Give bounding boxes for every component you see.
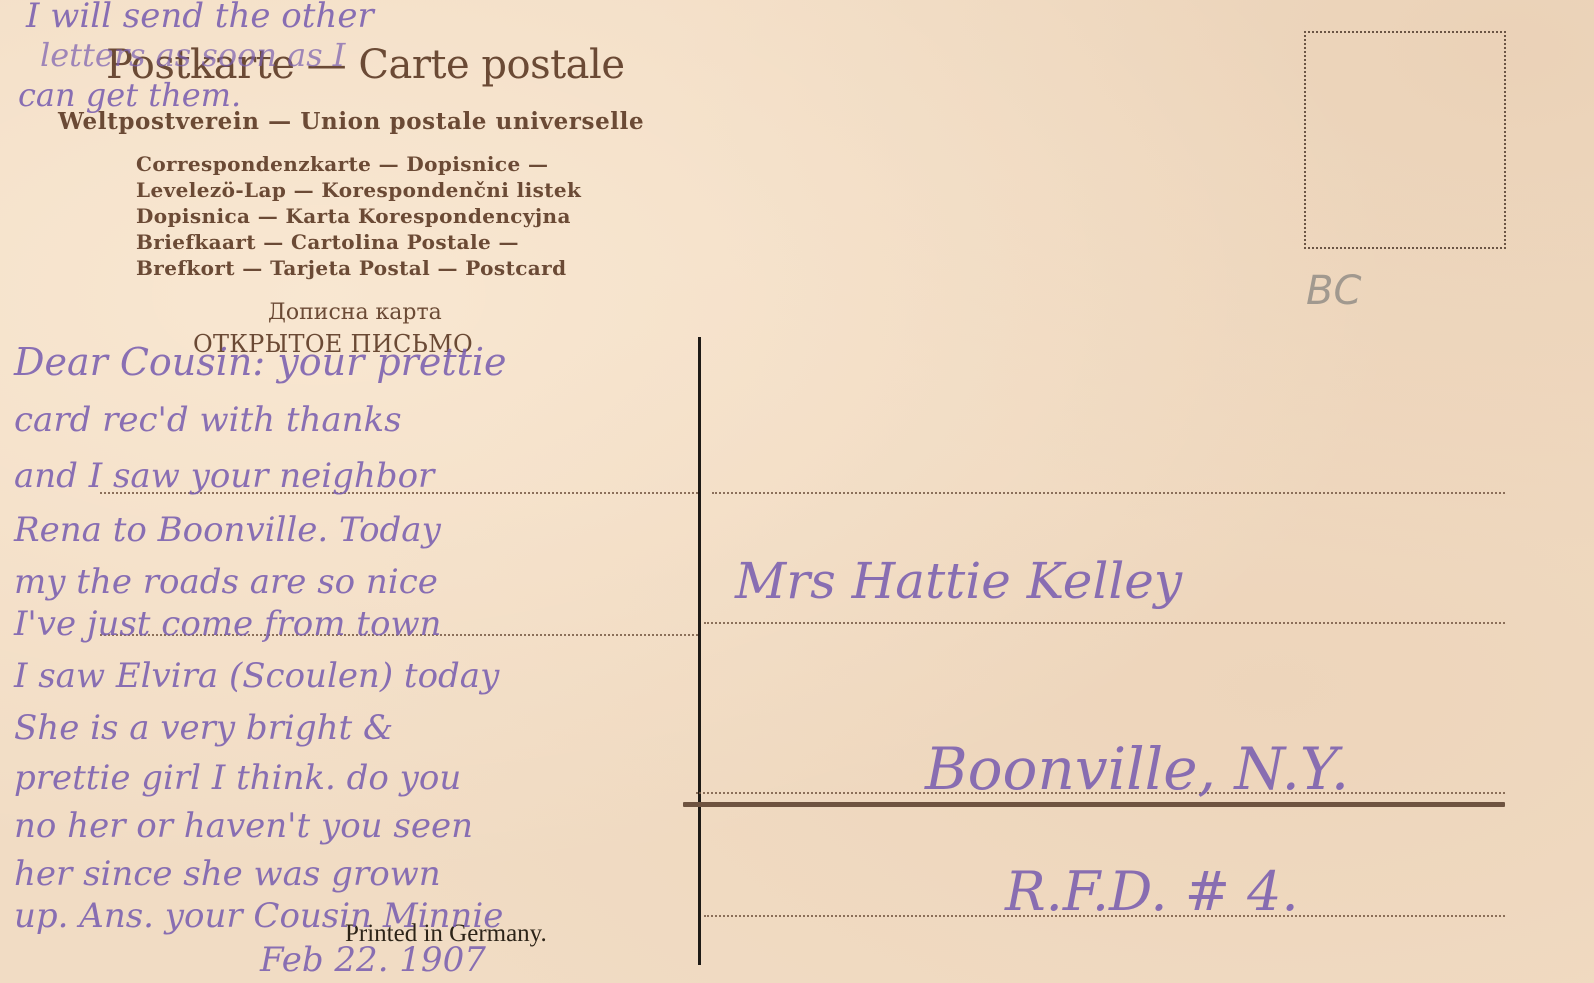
handwritten-note-line: letters as soon as I (40, 36, 345, 74)
language-line: Levelezö-Lap — Korespondenčni listek (136, 177, 581, 203)
recipient-city: Boonville, N.Y. (925, 735, 1349, 803)
dotted-rule-address (712, 492, 1505, 494)
message-date: Feb 22. 1907 (260, 940, 486, 980)
handwritten-note-line: can get them. (18, 76, 241, 114)
message-line: her since she was grown (14, 854, 441, 894)
recipient-name: Mrs Hattie Kelley (735, 552, 1182, 610)
cyrillic-line-1: Дописна карта (268, 300, 442, 325)
message-line: Dear Cousin: your prettie (14, 340, 507, 384)
message-line: prettie girl I think. do you (14, 758, 461, 798)
language-line: Correspondenzkarte — Dopisnice — (136, 151, 581, 177)
message-line: up. Ans. your Cousin Minnie (14, 896, 503, 936)
message-line: card rec'd with thanks (14, 400, 402, 440)
message-line: my the roads are so nice (14, 562, 438, 602)
postcard-back: Postkarte — Carte postale Weltpostverein… (0, 0, 1594, 983)
message-line: I've just come from town (14, 604, 441, 644)
multilingual-postcard-list: Correspondenzkarte — Dopisnice — Levelez… (136, 151, 581, 281)
language-line: Brefkort — Tarjeta Postal — Postcard (136, 255, 581, 281)
message-line: She is a very bright & (14, 708, 393, 748)
language-line: Dopisnica — Karta Korespondencyjna (136, 203, 581, 229)
message-line: I saw Elvira (Scoulen) today (14, 656, 499, 696)
message-line: Rena to Boonville. Today (14, 510, 441, 550)
dotted-rule-address (704, 622, 1505, 624)
recipient-route: R.F.D. # 4. (1005, 860, 1299, 923)
handwritten-note-line: I will send the other (26, 0, 374, 36)
message-line: and I saw your neighbor (14, 456, 434, 496)
message-line: no her or haven't you seen (14, 806, 473, 846)
vertical-divider (698, 337, 701, 965)
pencil-mark: BC (1306, 268, 1361, 314)
language-line: Briefkaart — Cartolina Postale — (136, 229, 581, 255)
stamp-placeholder-box (1304, 31, 1506, 249)
